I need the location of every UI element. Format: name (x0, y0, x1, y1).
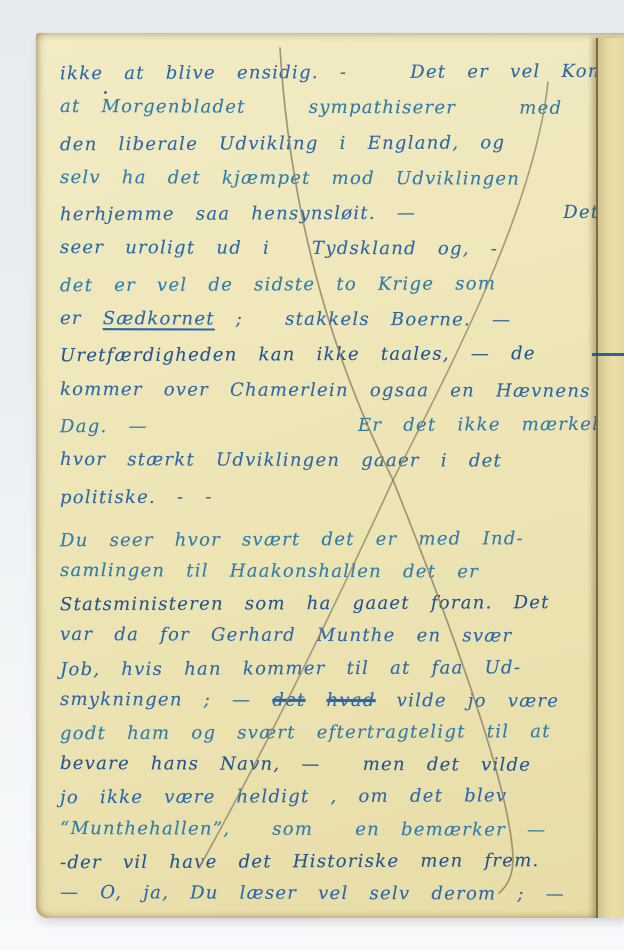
letter-line-4: selv ha det kjæmpet mod Udviklingen (60, 160, 624, 197)
line-8-post: ; stakkels Boerne. — (215, 309, 512, 331)
letter-line-22: jo ikke være heldigt , om det blev (60, 780, 624, 815)
letter-line-6: seer uroligt ud i Tydskland og, - (60, 230, 624, 267)
letter-line-5: herhjemme saa hensynsløit. — Det (60, 195, 624, 233)
letter-page: ikke at blive ensidig. - Det er vel Komi… (36, 33, 624, 918)
ink-dash-hook-mark (592, 353, 624, 378)
letter-line-10: kommer over Chamerlein ogsaa en Hævnens (60, 372, 624, 409)
letter-line-25: — O, ja, Du læser vel selv derom ; — (60, 877, 624, 911)
letter-line-3: den liberale Udvikling i England, og (60, 124, 624, 162)
line-19-pre: smykningen ; — (60, 689, 272, 711)
letter-line-1: ikke at blive ensidig. - Det er vel Komi… (60, 54, 624, 92)
letter-line-24: -der vil have det Historiske men frem. (60, 844, 624, 879)
line-19-space (306, 690, 327, 711)
scanned-letter-photo: ikke at blive ensidig. - Det er vel Komi… (0, 0, 624, 950)
letter-line-23: “Munthehallen”, som en bemærker — (60, 813, 624, 847)
letter-line-17: var da for Gerhard Munthe en svær (60, 619, 624, 653)
letter-line-15: samlingen til Haakonshallen det er (60, 555, 624, 589)
crossed-out-word-2: hvad (327, 690, 376, 711)
line-8-pre: er (60, 308, 103, 329)
underlined-word-saedkornet: Sædkornet (103, 308, 215, 329)
letter-paragraph-1: ikke at blive ensidig. - Det er vel Komi… (60, 55, 624, 514)
letter-line-2: at Morgenbladet sympathiserer med (60, 89, 624, 126)
letter-paragraph-2: Du seer hvor svært det er med Ind- samli… (60, 524, 624, 910)
letter-text: ikke at blive ensidig. - Det er vel Komi… (60, 55, 624, 910)
letter-line-8: er Sædkornet ; stakkels Boerne. — (60, 301, 624, 338)
letter-line-21: bevare hans Navn, — men det vilde (60, 748, 624, 782)
line-19-post: vilde jo være (376, 690, 560, 712)
letter-line-19: smykningen ; — det hvad vilde jo være (60, 684, 624, 718)
letter-line-20: godt ham og svært eftertragteligt til at (60, 716, 624, 751)
page-fold-strip (596, 38, 624, 918)
letter-line-16: Statsministeren som ha gaaet foran. Det (60, 587, 624, 622)
letter-line-12: hvor stærkt Udviklingen gaaer i det (60, 442, 624, 479)
letter-line-13: politiske. - - (60, 477, 624, 515)
letter-line-7: det er vel de sidste to Krige som (60, 266, 624, 304)
crossed-out-word-1: det (272, 690, 305, 711)
letter-line-9: Uretfærdigheden kan ikke taales, — de (60, 336, 624, 374)
letter-line-11: Dag. — Er det ikke mærkeligt, (60, 407, 624, 445)
letter-line-14: Du seer hvor svært det er med Ind- (60, 523, 624, 558)
letter-line-18: Job, hvis han kommer til at faa Ud- (60, 651, 624, 686)
